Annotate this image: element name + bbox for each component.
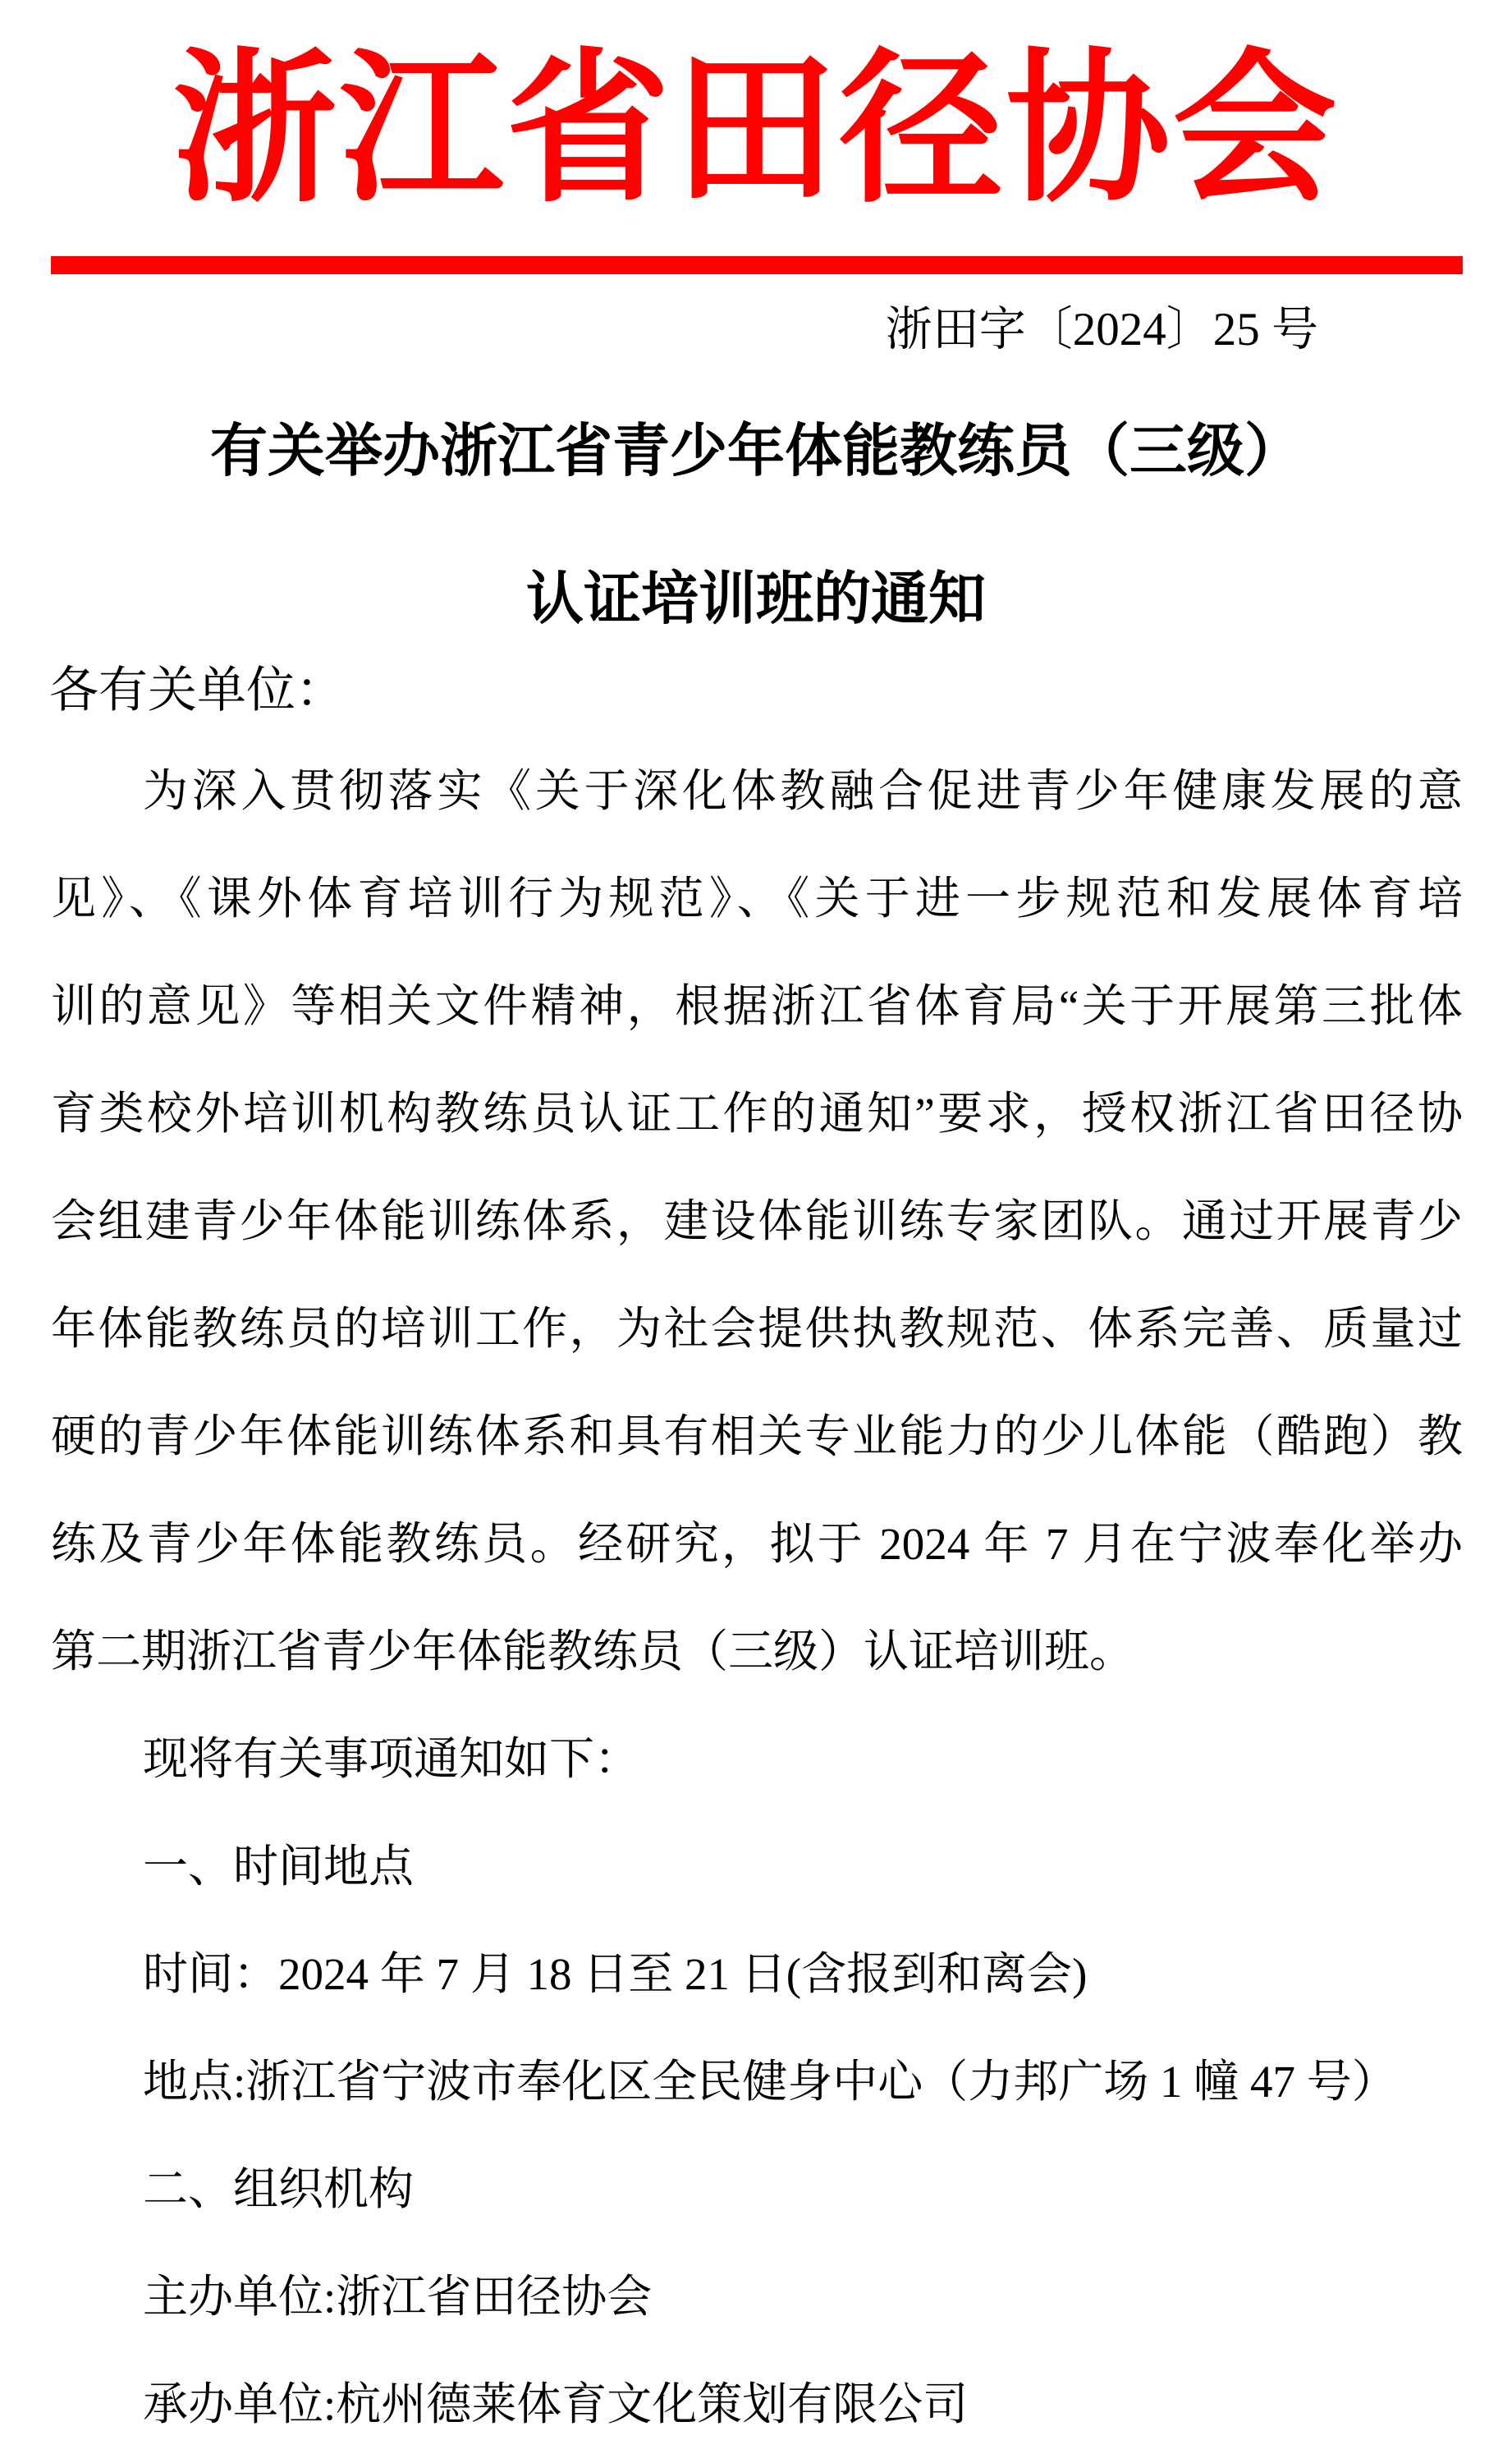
letterhead-org-name: 浙江省田径协会 — [0, 0, 1512, 236]
section-1-heading: 一、时间地点 — [51, 1813, 1463, 1920]
paragraph-line-4: 育类校外培训机构教练员认证工作的通知”要求，授权浙江省田径协 — [51, 1060, 1463, 1167]
salutation: 各有关单位： — [49, 649, 1463, 732]
paragraph-line-3: 训的意见》等相关文件精神，根据浙江省体育局“关于开展第三批体 — [51, 952, 1463, 1060]
doc-reference-number: 浙田字〔2024〕25 号 — [0, 300, 1512, 360]
paragraph-line-9: 第二期浙江省青少年体能教练员（三级）认证培训班。 — [51, 1598, 1463, 1705]
paragraph-line-6: 年体能教练员的培训工作，为社会提供执教规范、体系完善、质量过 — [51, 1275, 1463, 1383]
paragraph-line-2: 见》、《课外体育培训行为规范》、《关于进一步规范和发展体育培 — [51, 845, 1463, 952]
location-line: 地点:浙江省宁波市奉化区全民健身中心（力邦广场 1 幢 47 号） — [51, 2028, 1463, 2135]
host-unit-line: 主办单位:浙江省田径协会 — [51, 2243, 1463, 2351]
red-divider-rule — [51, 256, 1463, 274]
notice-body: 为深入贯彻落实《关于深化体教融合促进青少年健康发展的意 见》、《课外体育培训行为… — [51, 737, 1463, 2458]
organizer-unit-line: 承办单位:杭州德莱体育文化策划有限公司 — [51, 2351, 1463, 2458]
paragraph-line-5: 会组建青少年体能训练体系，建设体能训练专家团队。通过开展青少 — [51, 1167, 1463, 1275]
intro-line: 现将有关事项通知如下： — [51, 1705, 1463, 1813]
section-2-heading: 二、组织机构 — [51, 2135, 1463, 2243]
time-line: 时间：2024 年 7 月 18 日至 21 日(含报到和离会) — [51, 1920, 1463, 2028]
notice-document: 浙江省田径协会 浙田字〔2024〕25 号 有关举办浙江省青少年体能教练员（三级… — [0, 0, 1512, 2463]
notice-title-line-1: 有关举办浙江省青少年体能教练员（三级） — [0, 403, 1512, 502]
paragraph-line-8: 练及青少年体能教练员。经研究，拟于 2024 年 7 月在宁波奉化举办 — [51, 1490, 1463, 1598]
notice-title-line-2: 认证培训班的通知 — [0, 551, 1512, 649]
paragraph-line-7: 硬的青少年体能训练体系和具有相关专业能力的少儿体能（酷跑）教 — [51, 1383, 1463, 1490]
paragraph-line-1: 为深入贯彻落实《关于深化体教融合促进青少年健康发展的意 — [51, 737, 1463, 845]
